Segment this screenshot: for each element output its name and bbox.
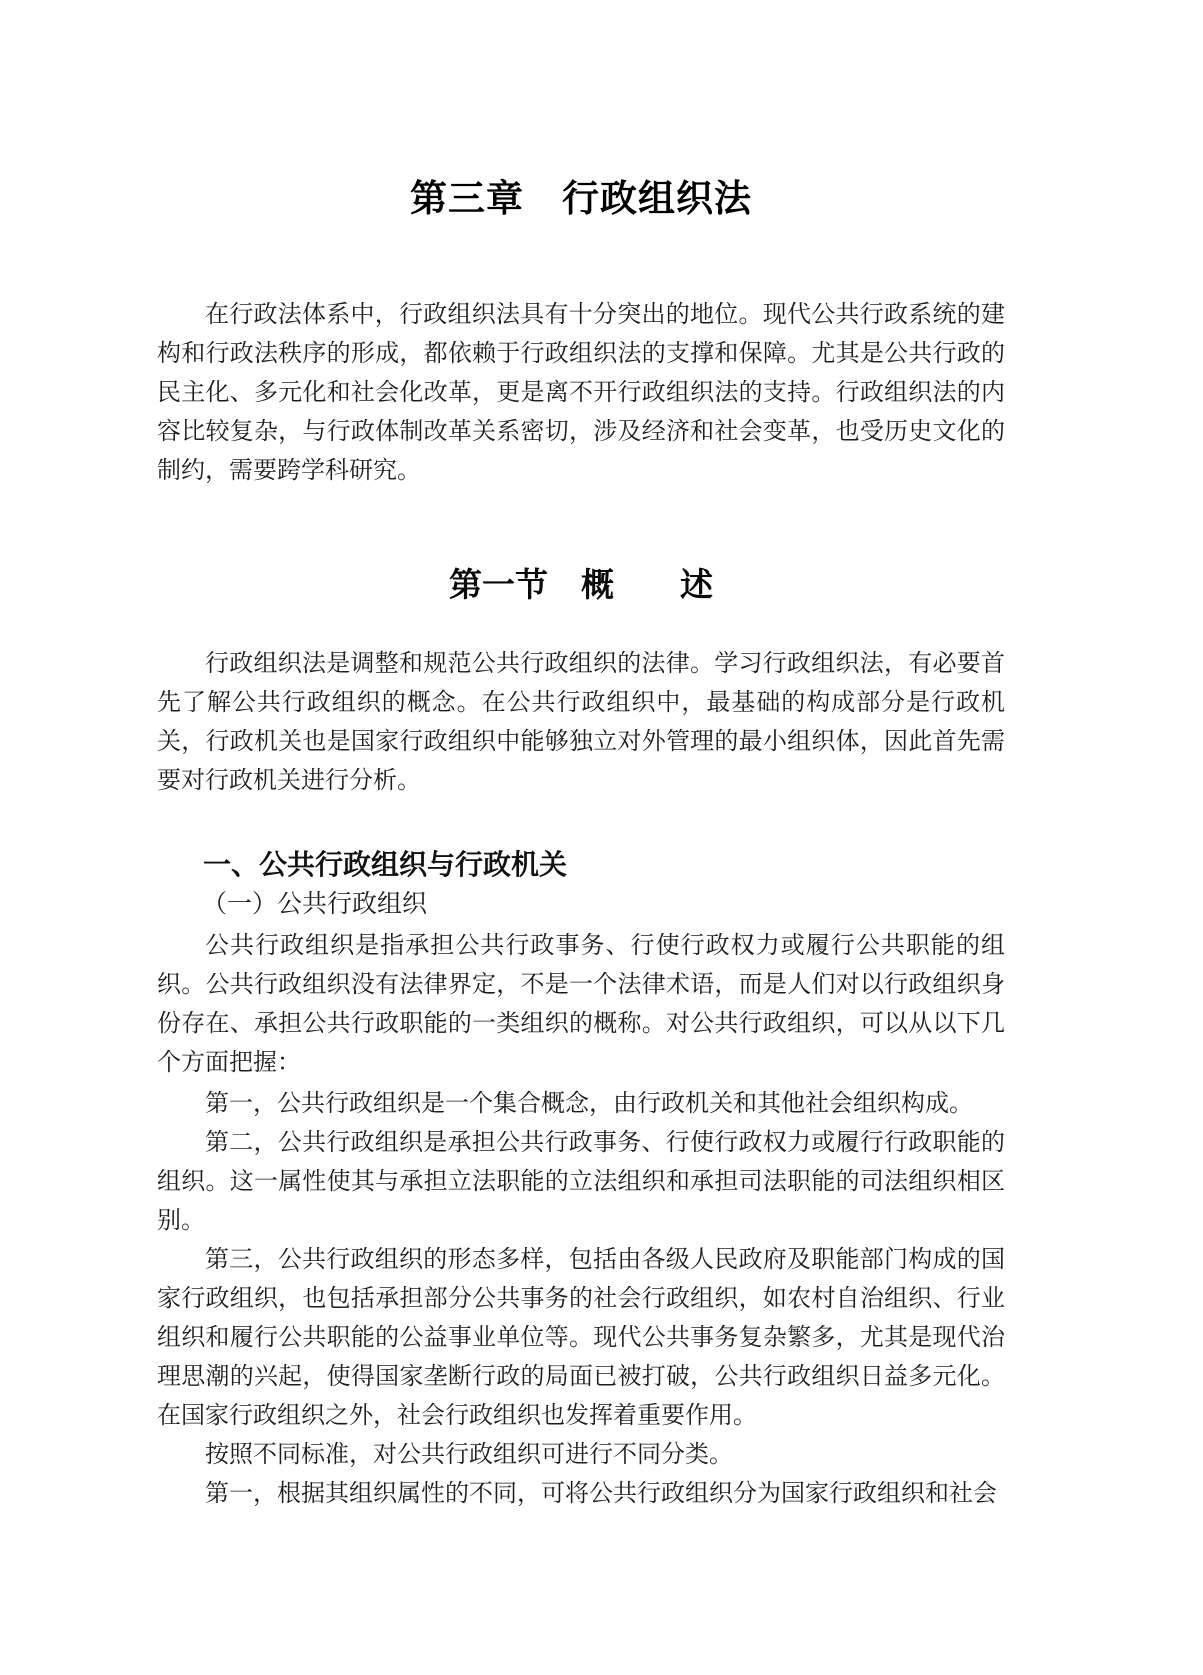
page-content: 第三章 行政组织法 在行政法体系中，行政组织法具有十分突出的地位。现代公共行政系… xyxy=(157,0,1005,1514)
section-title: 第一节 概 述 xyxy=(157,563,1005,609)
chapter-title: 第三章 行政组织法 xyxy=(157,176,1005,222)
section-lead-paragraph: 行政组织法是调整和规范公共行政组织的法律。学习行政组织法，有必要首先了解公共行政… xyxy=(157,645,1005,801)
body-paragraph-definition: 公共行政组织是指承担公共行政事务、行使行政权力或履行公共职能的组织。公共行政组织… xyxy=(157,927,1005,1083)
item-heading: （一）公共行政组织 xyxy=(157,885,1005,924)
body-paragraph-point-2: 第二，公共行政组织是承担公共行政事务、行使行政权力或履行行政职能的组织。这一属性… xyxy=(157,1124,1005,1241)
subsection-heading: 一、公共行政组织与行政机关 xyxy=(157,845,1005,885)
body-paragraph-point-1: 第一，公共行政组织是一个集合概念，由行政机关和其他社会组织构成。 xyxy=(157,1085,1005,1124)
body-paragraph-point-3: 第三，公共行政组织的形态多样，包括由各级人民政府及职能部门构成的国家行政组织，也… xyxy=(157,1241,1005,1436)
book-page: 第三章 行政组织法 在行政法体系中，行政组织法具有十分突出的地位。现代公共行政系… xyxy=(0,0,1203,1675)
body-paragraph-classification-first: 第一，根据其组织属性的不同，可将公共行政组织分为国家行政组织和社会 xyxy=(157,1475,1005,1514)
body-paragraph-classification: 按照不同标准，对公共行政组织可进行不同分类。 xyxy=(157,1436,1005,1475)
chapter-intro-paragraph: 在行政法体系中，行政组织法具有十分突出的地位。现代公共行政系统的建构和行政法秩序… xyxy=(157,296,1005,491)
